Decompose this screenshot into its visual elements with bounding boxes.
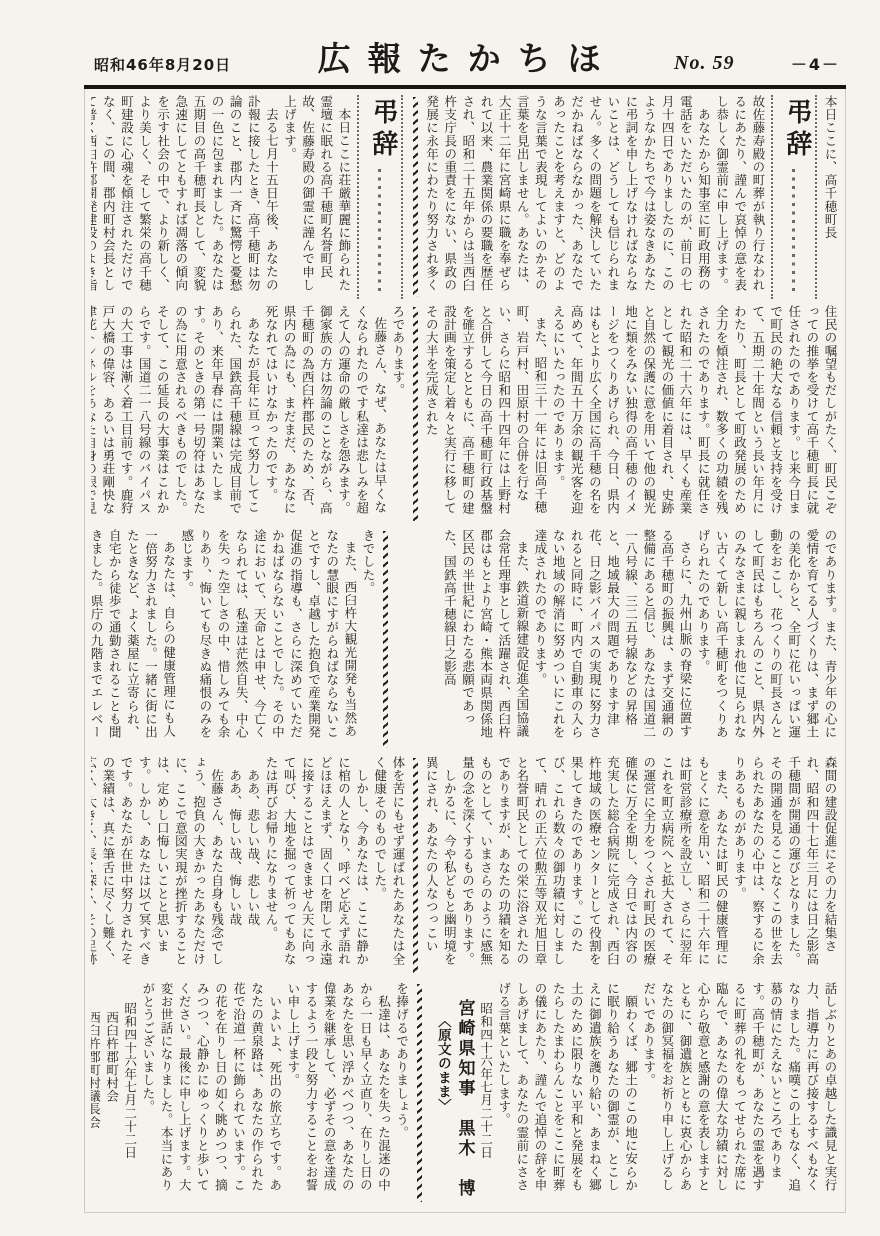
council-org-2: 西臼杵郡町村議長会 — [91, 982, 102, 1204]
band-4: 森間の建設促進にその力を結集され、昭和四十七年三月には日之影高千穂間が開通の運び… — [91, 756, 839, 976]
eulogy-paragraph: ああ、悲しい哉、悲しい哉 — [244, 756, 262, 976]
eulogy-heading: 弔辞 — [771, 95, 817, 299]
eulogy-paragraph: また、鉄道新線建設促進全国協議会常任理事として活躍され、西臼杵郡はもとより宮崎・… — [440, 529, 531, 751]
eulogy-paragraph: 去る七月十五日午後、あなたの訃報に接したとき、高千穂町は勿論のこと、郡内一斉に驚… — [91, 95, 280, 299]
newspaper-title: 広報たかちほ — [318, 42, 618, 75]
eulogy-paragraph: ろであります。 — [389, 305, 407, 523]
newsletter-page: 昭和46年8月20日 広報たかちほ No. 59 －4－ 本日ここに、高千穂町長… — [0, 0, 880, 1213]
article-divider — [413, 307, 418, 521]
original-text-note: 〈原文のまま〉 — [432, 982, 452, 1204]
eulogy-council-band5: を捧げるでありましょう。 私達は、あなたを失った混迷の中から一日も早く立直り、在… — [91, 982, 411, 1204]
eulogy-paragraph: のであります。また、青少年の心に愛情を育てる人づくりは、まず郷土の美化からと、全… — [694, 529, 839, 751]
eulogy-paragraph: 体を苦にもせず運ばれたあなたは全く健康そのものでした。 — [371, 756, 407, 976]
eulogy-paragraph: あなたが長年に亘って努力してこられた、国鉄高千穂線は完成目前であり、来年早春には… — [91, 305, 262, 523]
eulogy-governor-band5: 話しぶりとあの卓越した識見と実行力、指導力に再び接するすべもなくなりました。痛嘆… — [428, 982, 839, 1204]
article-divider — [417, 984, 422, 1202]
eulogy-paragraph: 佐藤さん、あなた自身も残念でしょう、抱負の大きかったあなただけに、ここで意図実現… — [91, 756, 226, 976]
eulogy-governor-band2: 住民の嘱望もだしがたく、町民こぞっての推挙を受けて高千穂町長に就任されたのであり… — [424, 305, 839, 523]
article-divider — [413, 758, 418, 974]
band-1: 本日ここに、高千穂町長 弔辞 故佐藤寿殿の町葬が執り行なわれるにあたり、謹んで哀… — [91, 95, 839, 299]
eulogy-council-band2: ろであります。 佐藤さん、なぜ、あなたは早くなくなられたのです私達は悲しみを超え… — [91, 305, 407, 523]
eulogy-governor-band4: 森間の建設促進にその力を結集され、昭和四十七年三月には日之影高千穂間が開通の運び… — [424, 756, 839, 976]
article-divider — [383, 531, 388, 749]
eulogy-paragraph: 本日ここに荘厳華麗に飾られた霊壇に眠れる高千穂町名誉町民故、佐藤寿殿の御霊に謹ん… — [280, 95, 353, 299]
eulogy-council-band1: 弔辞 本日ここに荘厳華麗に飾られた霊壇に眠れる高千穂町名誉町民故、佐藤寿殿の御霊… — [91, 95, 407, 299]
eulogy-heading-text: 弔辞 — [368, 98, 398, 162]
eulogy-paragraph: しかし、今あなたは、ここに静かに棺の人となり、呼べど応えず語れどほほえまず、固く… — [262, 756, 371, 976]
eulogy-paragraph: を捧げるでありましょう。 — [392, 982, 410, 1204]
eulogy-paragraph: 願わくば、郷土のこの地に安らかに眠り給うあなたの御霊が、とこしえに御遺族を護り給… — [495, 982, 640, 1204]
masthead: 昭和46年8月20日 広報たかちほ No. 59 －4－ — [84, 0, 846, 81]
eulogy-paragraph: いよいよ、死出の旅立ちです。あなたの黄泉路は、あなたの作られた花で沿道一杯に飾ら… — [139, 982, 284, 1204]
content-frame: 本日ここに、高千穂町長 弔辞 故佐藤寿殿の町葬が執り行なわれるにあたり、謹んで哀… — [84, 89, 846, 1213]
eulogy-paragraph: しかるに、今や私どもと幽明境を異にされ、あなたの人なつっこい — [424, 756, 459, 976]
eulogy-heading-text: 弔辞 — [782, 98, 812, 162]
eulogy-paragraph: 佐藤さん、なぜ、あなたは早くなくなられたのです私達は悲しみを超えて人の運命の厳し… — [262, 305, 389, 523]
eulogy-council-band4: 体を苦にもせず運ばれたあなたは全く健康そのものでした。 しかし、今あなたは、ここ… — [91, 756, 407, 976]
page-number: －4－ — [791, 52, 840, 75]
eulogy-paragraph: 話しぶりとあの卓越した識見と実行力、指導力に再び接するすべもなくなりました。痛嘆… — [640, 982, 839, 1204]
eulogy-governor-band3: のであります。また、青少年の心に愛情を育てる人づくりは、まず郷土の美化からと、全… — [394, 529, 839, 751]
band-3: のであります。また、青少年の心に愛情を育てる人づくりは、まず郷土の美化からと、全… — [91, 529, 839, 751]
eulogy-paragraph: あなたは、自らの健康管理にも人一倍努力されました。一緒に街に出たときなど、よく薬… — [91, 529, 178, 751]
eulogy-paragraph: 森間の建設促進にその力を結集され、昭和四十七年三月には日之影高千穂間が開通の運び… — [730, 756, 839, 976]
issue-number: No. 59 — [674, 52, 734, 75]
eulogy-paragraph: ああ、悔しい哉、悔しい哉 — [226, 756, 244, 976]
eulogy-paragraph: 私達は、あなたを失った混迷の中から一日も早く立直り、在りし日のあなたを思い浮かべ… — [284, 982, 393, 1204]
date-line: 昭和四十六年七月二十二日 — [477, 982, 495, 1204]
band-5: 話しぶりとあの卓越した識見と実行力、指導力に再び接するすべもなくなりました。痛嘆… — [91, 982, 839, 1204]
eulogy-paragraph: また、昭和三十一年には旧高千穂町、岩戸村、田原村の合併を行ない、さらに昭和四十四… — [424, 305, 549, 523]
eulogy-heading: 弔辞 — [357, 95, 403, 299]
eulogy-paragraph: 住民の嘱望もだしがたく、町民こぞっての推挙を受けて高千穂町長に就任されたのであり… — [549, 305, 839, 523]
eulogy-paragraph: また、西臼杵大観光開発も当然あなたの慧眼にすがらねばならないことですし、卓越した… — [178, 529, 359, 751]
band-2: 住民の嘱望もだしがたく、町民こぞっての推挙を受けて高千穂町長に就任されたのであり… — [91, 305, 839, 523]
eulogy-paragraph: あなたから知事室に町政用務の電話をいただいたのが、前日の七月十四日でありましたの… — [424, 95, 713, 299]
issue-date: 昭和46年8月20日 — [94, 54, 231, 75]
council-org-1: 西臼杵郡町村会 — [102, 982, 120, 1204]
date-line: 昭和四十六年七月二十二日 — [121, 982, 139, 1204]
article-divider — [413, 97, 418, 297]
eulogy-paragraph: 故佐藤寿殿の町葬が執り行なわれるにあたり、謹んで哀悼の意を表し恭しく御霊前に申し… — [713, 95, 767, 299]
eulogy-paragraph: また、あなたは町民の健康管理にもとくに意を用い、昭和二十六年には町営診療所を設立… — [458, 756, 730, 976]
eulogy-paragraph: さらに、九州山脈の脊梁に位置する高千穂町の振興は、まず交通網の整備にあると信じ、… — [531, 529, 694, 751]
eulogy-governor-band1: 本日ここに、高千穂町長 弔辞 故佐藤寿殿の町葬が執り行なわれるにあたり、謹んで哀… — [424, 95, 839, 299]
eulogy-council-band3: きでした。 また、西臼杵大観光開発も当然あなたの慧眼にすがらねばならないことです… — [91, 529, 377, 751]
eulogy-paragraph: 本日ここに、高千穂町長 — [821, 95, 839, 299]
eulogy-paragraph: きでした。 — [359, 529, 377, 751]
governor-signature: 宮崎県知事 黒木 博 — [452, 982, 477, 1204]
